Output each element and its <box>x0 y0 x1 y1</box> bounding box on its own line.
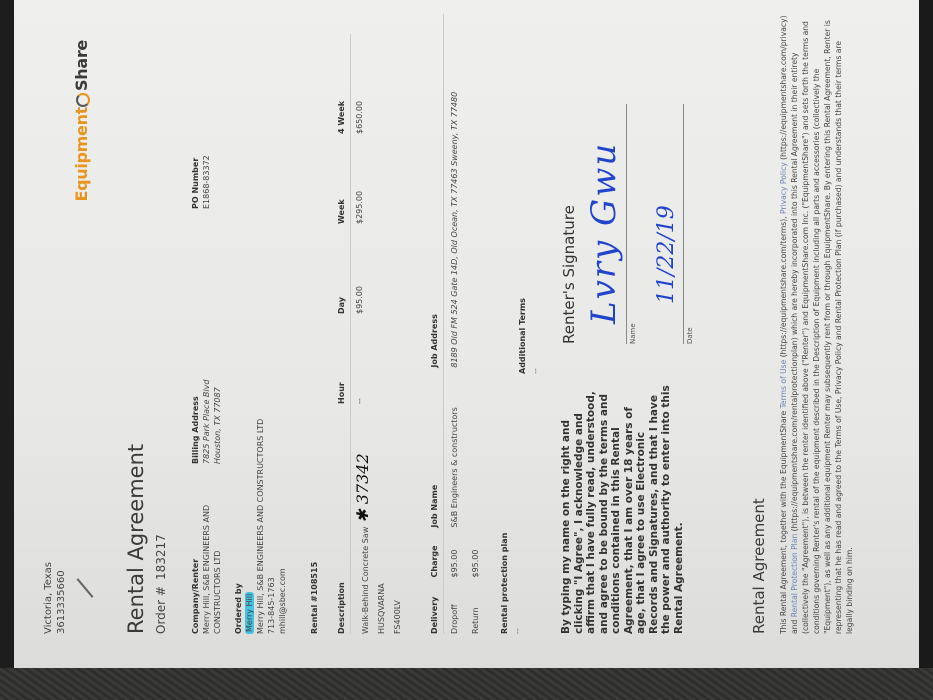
table-row: Return $95.00 <box>465 14 486 634</box>
terms-paragraph: This Rental Agreement, together with the… <box>778 14 855 634</box>
rental-protection-plan-link[interactable]: Rental Protection Plan <box>790 534 799 618</box>
handwritten-note: ✱ 37342 <box>353 453 372 522</box>
handwritten-signature: Lvry Gwu <box>584 142 624 324</box>
agreement-section: By typing my name on the right and click… <box>560 30 694 634</box>
table-row: Walk-Behind Concrete Saw✱ 37342 HUSQVARN… <box>351 34 411 634</box>
renter-info: Company/Renter Merry Hill, S&B ENGINEERS… <box>190 30 223 634</box>
branch-location: Victoria, Texas <box>42 562 55 634</box>
background-surface <box>0 0 14 700</box>
rental-number: Rental #108515 <box>310 30 319 634</box>
protection-label: Rental protection plan <box>500 374 509 634</box>
billing-line1: 7825 Park Place Blvd <box>201 209 212 464</box>
table-row: Dropoff $95.00 S&B Engineers & construct… <box>444 14 466 634</box>
highlighted-name: Merry Hill <box>245 592 254 634</box>
signature-title: Renter's Signature <box>560 64 578 344</box>
delivery-table: Delivery Charge Job Name Job Address Dro… <box>426 14 486 634</box>
page-header: Victoria, Texas 3613335660 EquipmentShar… <box>42 30 112 634</box>
signature-block: Renter's Signature Lvry Gwu Name 11/22/1… <box>560 64 694 344</box>
order-number: Order #183217 <box>154 30 168 634</box>
rental-table: Description Hour Day Week 4 Week Walk-Be… <box>333 34 410 634</box>
equipmentshare-logo: EquipmentShare <box>72 40 91 202</box>
po-value: E1868-83372 <box>201 59 212 209</box>
privacy-policy-link[interactable]: Privacy Policy <box>779 162 788 214</box>
po-label: PO Number <box>190 59 201 209</box>
agreement-text: By typing my name on the right and click… <box>560 384 694 634</box>
branch-phone: 3613335660 <box>55 562 68 634</box>
protection-section: Rental protection plan -- Additional Ter… <box>500 30 540 634</box>
additional-terms-label: Additional Terms <box>518 94 527 374</box>
terms-title: Rental Agreement <box>750 30 768 634</box>
name-signature-line: Lvry Gwu <box>578 104 627 344</box>
branch-info: Victoria, Texas 3613335660 <box>42 562 68 634</box>
handwritten-date: 11/22/19 <box>654 205 679 304</box>
company-value: Merry Hill, S&B ENGINEERS AND CONSTRUCTO… <box>201 464 223 634</box>
gear-icon <box>76 93 90 107</box>
rental-agreement-page: Victoria, Texas 3613335660 EquipmentShar… <box>14 0 919 668</box>
terms-of-use-link[interactable]: Terms of Use <box>779 360 788 409</box>
background-surface <box>0 668 933 700</box>
document-photo: Victoria, Texas 3613335660 EquipmentShar… <box>14 0 919 668</box>
ordered-by: Ordered by Merry Hill Merry Hill, S&B EN… <box>233 30 288 634</box>
company-label: Company/Renter <box>190 464 201 634</box>
billing-line2: Houston, TX 77087 <box>212 209 223 464</box>
date-signature-line: 11/22/19 <box>641 104 684 344</box>
billing-label: Billing Address <box>190 209 201 464</box>
page-title: Rental Agreement <box>124 30 148 634</box>
